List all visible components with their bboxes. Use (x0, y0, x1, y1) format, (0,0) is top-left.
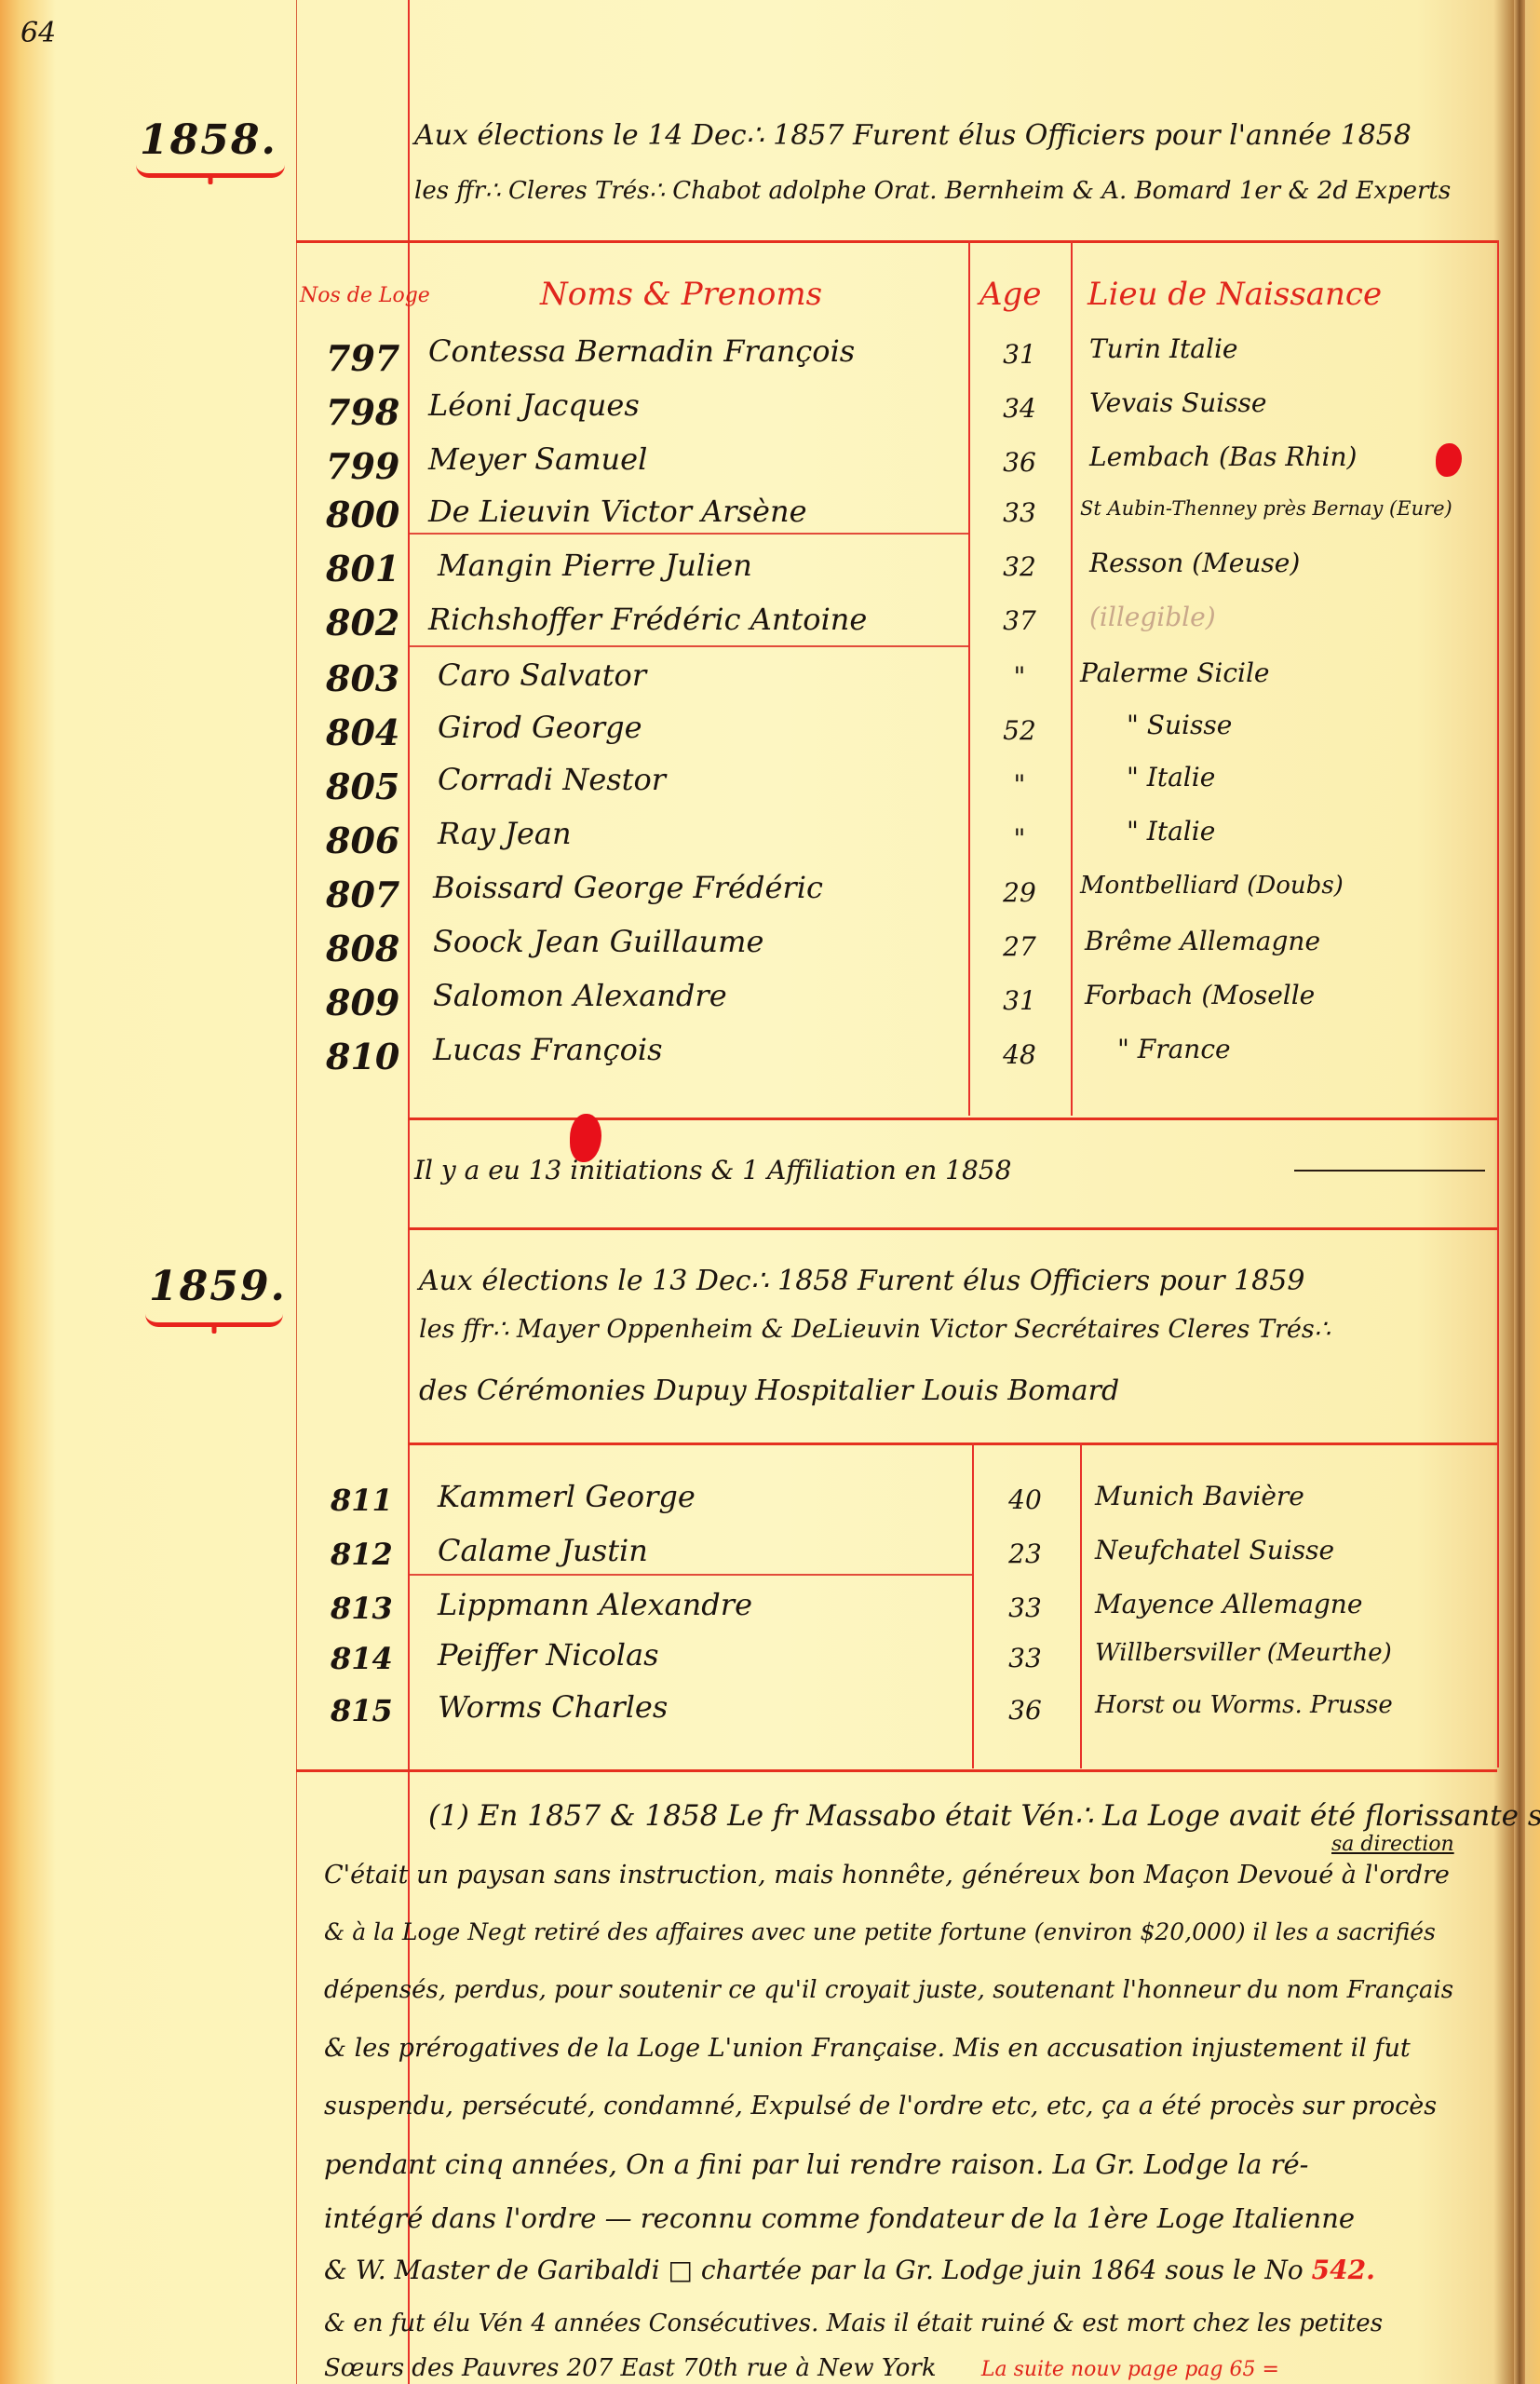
row-name: Boissard George Frédéric (433, 870, 823, 905)
footnote-line: & W. Master de Garibaldi □ chartée par l… (324, 2257, 1506, 2283)
right-rule (1497, 240, 1499, 1768)
footnote-line: Sœurs des Pauvres 207 East 70th rue à Ne… (324, 2356, 1506, 2380)
table1-top-rule (296, 240, 1497, 243)
ledger-page: 64 1858. Aux élections le 14 Dec∴ 1857 F… (0, 0, 1540, 2384)
row-number: 799 (326, 445, 399, 487)
row-birthplace: " Italie (1127, 762, 1215, 792)
summary-bottom-rule (408, 1227, 1497, 1230)
footnote-line: & à la Loge Negt retiré des affaires ave… (324, 1920, 1506, 1944)
row-age: " (968, 661, 1071, 692)
page-number: 64 (20, 17, 56, 49)
row-birthplace: Munich Bavière (1095, 1481, 1304, 1511)
footnote-line: suspendu, persécuté, condamné, Expulsé d… (324, 2093, 1506, 2119)
row-birthplace: Neufchatel Suisse (1095, 1535, 1334, 1565)
footnote-line: C'était un paysan sans instruction, mais… (324, 1862, 1506, 1888)
row-number: 809 (326, 982, 399, 1023)
footnote-line: & en fut élu Vén 4 années Consécutives. … (324, 2311, 1506, 2336)
row-number: 813 (331, 1591, 393, 1626)
row-birthplace: Forbach (Moselle (1085, 980, 1315, 1010)
row-birthplace: Horst ou Worms. Prusse (1095, 1691, 1393, 1719)
row-number: 811 (331, 1483, 393, 1518)
election-1858-line-2: les ffr∴ Cleres Trés∴ Chabot adolphe Ora… (414, 177, 1451, 205)
row-name: Salomon Alexandre (433, 978, 727, 1013)
row-age: 32 (968, 551, 1071, 582)
charter-number: 542. (1312, 2255, 1375, 2285)
row-number: 803 (326, 657, 399, 699)
year-1859-brace (145, 1306, 283, 1327)
year-1859: 1859. (149, 1263, 287, 1310)
footnote-line: dépensés, perdus, pour soutenir ce qu'il… (324, 1978, 1506, 2002)
election-1858-line-1: Aux élections le 14 Dec∴ 1857 Furent élu… (414, 119, 1412, 152)
row-birthplace: " Italie (1127, 816, 1215, 847)
table1-age-right-rule (1071, 240, 1073, 1116)
row-age: 33 (968, 497, 1071, 528)
row-age: 34 (968, 393, 1071, 424)
row-age: 36 (974, 1695, 1076, 1726)
row-number: 815 (331, 1693, 393, 1728)
row-age: 33 (974, 1592, 1076, 1623)
footnote-insertion: sa direction (1331, 1833, 1454, 1856)
row-birthplace: Montbelliard (Doubs) (1080, 872, 1344, 900)
footnote-line: pendant cinq années, On a fini par lui r… (324, 2151, 1506, 2178)
row-number: 800 (326, 494, 399, 535)
red-ink-blot (1436, 443, 1462, 477)
row-birthplace: " France (1117, 1034, 1231, 1064)
table1-mid-rule (410, 533, 968, 535)
summary-dash (1294, 1170, 1485, 1172)
table2-age-right-rule (1080, 1443, 1082, 1768)
row-name: Kammerl George (438, 1479, 696, 1514)
row-number: 814 (331, 1641, 393, 1676)
row-name: Corradi Nestor (438, 762, 666, 797)
row-birthplace: Palerme Sicile (1080, 657, 1270, 688)
row-number: 807 (326, 874, 399, 915)
row-name: Léoni Jacques (428, 387, 640, 423)
row-name: Girod George (438, 710, 642, 745)
row-number: 797 (326, 337, 399, 379)
row-name: De Lieuvin Victor Arsène (428, 494, 807, 529)
header-birthplace: Lieu de Naissance (1087, 276, 1382, 313)
row-name: Calame Justin (438, 1533, 648, 1568)
row-name: Ray Jean (438, 816, 572, 851)
row-birthplace: Turin Italie (1089, 333, 1237, 364)
row-age: 31 (968, 339, 1071, 370)
election-1859-line-2: les ffr∴ Mayer Oppenheim & DeLieuvin Vic… (419, 1315, 1331, 1344)
row-name: Contessa Bernadin François (428, 333, 855, 369)
row-birthplace: Willbersviller (Meurthe) (1095, 1639, 1392, 1667)
election-1859-line-3: des Cérémonies Dupuy Hospitalier Louis B… (419, 1375, 1119, 1407)
row-number: 804 (326, 711, 399, 753)
footnote-line-text: Sœurs des Pauvres 207 East 70th rue à Ne… (324, 2354, 937, 2382)
row-age: 29 (968, 877, 1071, 908)
row-number: 805 (326, 765, 399, 807)
row-number: 810 (326, 1036, 399, 1077)
row-age: 52 (968, 715, 1071, 746)
row-name: Caro Salvator (438, 657, 646, 693)
row-age: 40 (974, 1484, 1076, 1515)
row-number: 802 (326, 602, 399, 643)
header-lodge-number: Nos de Loge (300, 284, 430, 307)
footnote-line: intégré dans l'ordre — reconnu comme fon… (324, 2205, 1506, 2232)
row-birthplace: Mayence Allemagne (1095, 1589, 1362, 1619)
row-birthplace: " Suisse (1127, 710, 1232, 740)
row-birthplace: Lembach (Bas Rhin) (1089, 441, 1357, 472)
election-1859-line-1: Aux élections le 13 Dec∴ 1858 Furent élu… (419, 1265, 1304, 1297)
row-birthplace: St Aubin-Thenney près Bernay (Eure) (1080, 497, 1452, 520)
row-name: Meyer Samuel (428, 441, 647, 477)
row-age: 27 (968, 931, 1071, 962)
row-number: 808 (326, 928, 399, 969)
footnote-line: (1) En 1857 & 1858 Le fr Massabo était V… (428, 1802, 1540, 1831)
margin-rule-red (408, 0, 410, 2384)
row-number: 806 (326, 819, 399, 861)
binding-shadow (1514, 0, 1525, 2384)
row-birthplace: Resson (Meuse) (1089, 548, 1300, 578)
row-name: Mangin Pierre Julien (438, 548, 752, 583)
summary-1858: Il y a eu 13 initiations & 1 Affiliation… (414, 1155, 1011, 1185)
row-name: Peiffer Nicolas (438, 1637, 659, 1673)
row-number: 798 (326, 391, 399, 433)
row-age: 33 (974, 1643, 1076, 1673)
row-birthplace: (illegible) (1089, 602, 1216, 632)
row-number: 801 (326, 548, 399, 589)
table2-bottom-rule (296, 1769, 1497, 1772)
row-name: Lucas François (433, 1032, 662, 1067)
footnote-line: & les prérogatives de la Loge L'union Fr… (324, 2036, 1506, 2061)
row-name: Worms Charles (438, 1689, 668, 1725)
footnote-line-text: & W. Master de Garibaldi □ chartée par l… (324, 2255, 1304, 2285)
continuation-note: La suite nouv page pag 65 = (981, 2358, 1279, 2381)
row-age: 31 (968, 985, 1071, 1016)
row-name: Soock Jean Guillaume (433, 924, 763, 959)
row-number: 812 (331, 1537, 393, 1572)
row-age: " (968, 769, 1071, 800)
row-name: Richshoffer Frédéric Antoine (428, 602, 867, 637)
row-age: " (968, 823, 1071, 854)
row-age: 23 (974, 1538, 1076, 1569)
row-birthplace: Brême Allemagne (1085, 926, 1320, 956)
margin-rule (296, 0, 297, 2384)
table1-bottom-rule (408, 1117, 1497, 1120)
row-age: 48 (968, 1039, 1071, 1070)
table2-mid-rule (410, 1574, 972, 1576)
row-name: Lippmann Alexandre (438, 1587, 752, 1622)
year-1858-brace (136, 156, 285, 178)
row-age: 36 (968, 447, 1071, 478)
table1-mid-rule-2 (410, 645, 968, 647)
table2-top-rule (408, 1443, 1497, 1445)
header-names: Noms & Prenoms (540, 276, 822, 313)
row-age: 37 (968, 605, 1071, 636)
header-age: Age (979, 276, 1041, 313)
row-birthplace: Vevais Suisse (1089, 387, 1266, 418)
